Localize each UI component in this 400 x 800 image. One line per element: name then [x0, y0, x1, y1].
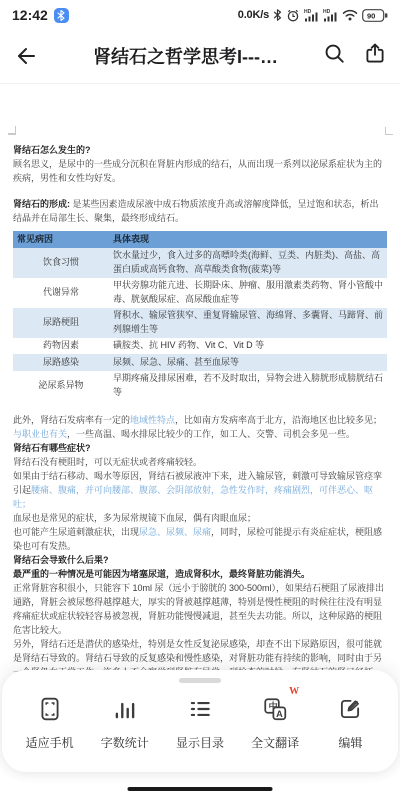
- cell-detail: 甲状旁腺功能亢进、长期卧床、肿瘤、服用激素类药物、肾小管酸中毒、胱氨酸尿症、高尿…: [109, 278, 387, 308]
- bottom-toolbar-sheet: 适应手机 字数统计: [2, 670, 398, 772]
- table-header-row: 常见病因 具体表现: [13, 231, 387, 248]
- toc-icon: [187, 696, 213, 727]
- paragraph: 正常肾脏容积很小，只能容下 10ml 尿（远小于膀胱的 300-500ml），如…: [13, 581, 387, 637]
- table-row: 代谢异常 甲状旁腺功能亢进、长期卧床、肿瘤、服用激素类药物、肾小管酸中毒、胱氨酸…: [13, 278, 387, 308]
- cell-cause: 泌尿系异物: [13, 371, 109, 401]
- paragraph: 血尿也是常见的症状，多为尿常规镜下血尿，偶有肉眼血尿；: [13, 511, 387, 525]
- table-row: 尿路梗阻 肾积水、输尿管狭窄、重复肾输尿管、海绵肾、多囊肾、马蹄肾、前列腺增生等: [13, 308, 387, 338]
- column-header-detail: 具体表现: [109, 231, 387, 248]
- svg-text:A: A: [276, 709, 283, 719]
- alarm-icon: [286, 9, 300, 22]
- translate-icon: 中 A: [262, 696, 288, 727]
- bluetooth-device-badge-icon: [54, 8, 69, 23]
- svg-text:HD: HD: [323, 9, 331, 15]
- back-button[interactable]: [14, 44, 48, 68]
- search-button[interactable]: [323, 42, 346, 70]
- paragraph-symptom-pain: 如果由于结石移动、喝水等原因，肾结石被尿液冲下来，进入输尿管，刺激可导致输尿管痉…: [13, 469, 387, 511]
- inline-text: ，比如南方发病率高于北方，沿海地区也比较多见；: [175, 415, 382, 425]
- cell-cause: 代谢异常: [13, 278, 109, 308]
- cell-detail: 尿频、尿急、尿痛、甚至血尿等: [109, 354, 387, 371]
- tool-edit[interactable]: 编辑: [318, 696, 382, 751]
- inline-text: 此外，肾结石发病率有一定的: [13, 415, 130, 425]
- tool-label: 全文翻译: [251, 734, 299, 751]
- tool-label: 适应手机: [26, 734, 74, 751]
- tool-show-toc[interactable]: 显示目录: [168, 696, 232, 751]
- paragraph: 肾结石没有梗阻时，可以无症状或者疼痛较轻。: [13, 455, 387, 469]
- inline-bold-label: 肾结石的形成:: [13, 199, 73, 209]
- battery-percent: 90: [367, 11, 375, 20]
- highlighted-term: 腰痛、腹痛，并可向腰部、腹部、会阴部放射，急性发作时，疼痛剧烈，可伴恶心、呕吐；: [13, 485, 373, 509]
- nav-bar: 肾结石之哲学思考I---…: [0, 28, 400, 84]
- table-row: 饮食习惯 饮水量过少，食入过多的高嘌呤类(海鲜、豆类、内脏类)、高盐、高蛋白质或…: [13, 248, 387, 278]
- document-content: 肾结石怎么发生的? 顾名思义，是尿中的一些成分沉积在肾脏内形成的结石，从而出现一…: [0, 135, 400, 707]
- home-indicator[interactable]: [128, 787, 273, 791]
- word-count-icon: [112, 696, 138, 727]
- page-margin-corner-left: [8, 126, 16, 135]
- cell-cause: 饮食习惯: [13, 248, 109, 278]
- bluetooth-icon: [273, 9, 282, 21]
- tool-word-count[interactable]: 字数统计: [93, 696, 157, 751]
- page-margin-corner-right: [385, 127, 393, 135]
- section-heading-occurrence: 肾结石怎么发生的?: [13, 143, 387, 157]
- table-row: 泌尿系异物 早期疼痛及排尿困难，若不及时取出，异物会进入膀胱形成膀胱结石等: [13, 371, 387, 401]
- signal-sim2-hd-icon: HD: [323, 8, 338, 22]
- paragraph-region: 此外，肾结石发病率有一定的地域性特点，比如南方发病率高于北方，沿海地区也比较多见…: [13, 413, 387, 441]
- table-row: 尿路感染 尿频、尿急、尿痛、甚至血尿等: [13, 354, 387, 371]
- paragraph: 顾名思义，是尿中的一些成分沉积在肾脏内形成的结石，从而出现一系列以泌尿系症状为主…: [13, 157, 387, 185]
- fit-phone-icon: [37, 696, 63, 727]
- paragraph-symptom-urinary: 也可能产生尿道刺激症状，出现尿急、尿频、尿痛，同时，尿检可能提示有炎症症状，梗阻…: [13, 525, 387, 553]
- document-title: 肾结石之哲学思考I---…: [48, 43, 323, 69]
- premium-badge-icon: W: [289, 687, 299, 697]
- signal-sim1-hd-icon: HD: [304, 8, 319, 22]
- cell-cause: 尿路感染: [13, 354, 109, 371]
- tool-label: 编辑: [338, 734, 362, 751]
- share-button[interactable]: [364, 42, 386, 70]
- causes-table: 常见病因 具体表现 饮食习惯 饮水量过少，食入过多的高嘌呤类(海鲜、豆类、内脏类…: [13, 231, 387, 401]
- drag-handle[interactable]: [179, 678, 221, 683]
- cell-detail: 肾积水、输尿管狭窄、重复肾输尿管、海绵肾、多囊肾、马蹄肾、前列腺增生等: [109, 308, 387, 338]
- wifi-icon: [342, 9, 358, 21]
- clock: 12:42: [12, 7, 48, 23]
- tool-fit-phone[interactable]: 适应手机: [18, 696, 82, 751]
- tool-label: 字数统计: [101, 734, 149, 751]
- cell-detail: 磺胺类、抗 HIV 药物、Vit C、Vit D 等: [109, 338, 387, 355]
- inline-text: 也可能产生尿道刺激症状，出现: [13, 527, 139, 537]
- highlighted-term: 与职业也有关: [13, 429, 67, 439]
- highlighted-term: 地域性特点: [130, 415, 175, 425]
- tool-translate[interactable]: W 中 A 全文翻译: [243, 696, 307, 751]
- svg-text:HD: HD: [304, 9, 312, 15]
- cell-cause: 药物因素: [13, 338, 109, 355]
- inline-text: ，一些高温、喝水排尿比较少的工作，如工人、交警、司机会多见一些。: [67, 429, 355, 439]
- paragraph-formation: 肾结石的形成: 是某些因素造成尿液中成石物质浓度升高或溶解度降低，呈过饱和状态，…: [13, 197, 387, 225]
- phone-screen: 12:42 0.0K/s HD: [0, 0, 400, 800]
- tool-label: 显示目录: [176, 734, 224, 751]
- battery-icon: 90: [362, 9, 388, 22]
- section-heading-consequences: 肾结石会导致什么后果?: [13, 553, 387, 567]
- cell-detail: 饮水量过少，食入过多的高嘌呤类(海鲜、豆类、内脏类)、高盐、高蛋白质或高钙食物、…: [109, 248, 387, 278]
- section-heading-symptoms: 肾结石有哪些症状?: [13, 441, 387, 455]
- edit-icon: [337, 696, 363, 727]
- status-bar: 12:42 0.0K/s HD: [0, 0, 400, 28]
- table-row: 药物因素 磺胺类、抗 HIV 药物、Vit C、Vit D 等: [13, 338, 387, 355]
- paragraph-bold: 最严重的一种情况是可能因为堵塞尿道，造成肾积水，最终肾脏功能消失。: [13, 567, 387, 581]
- cell-cause: 尿路梗阻: [13, 308, 109, 338]
- cell-detail: 早期疼痛及排尿困难，若不及时取出，异物会进入膀胱形成膀胱结石等: [109, 371, 387, 401]
- column-header-cause: 常见病因: [13, 231, 109, 248]
- highlighted-term: 尿急、尿频、尿痛: [139, 527, 211, 537]
- network-speed: 0.0K/s: [238, 9, 269, 21]
